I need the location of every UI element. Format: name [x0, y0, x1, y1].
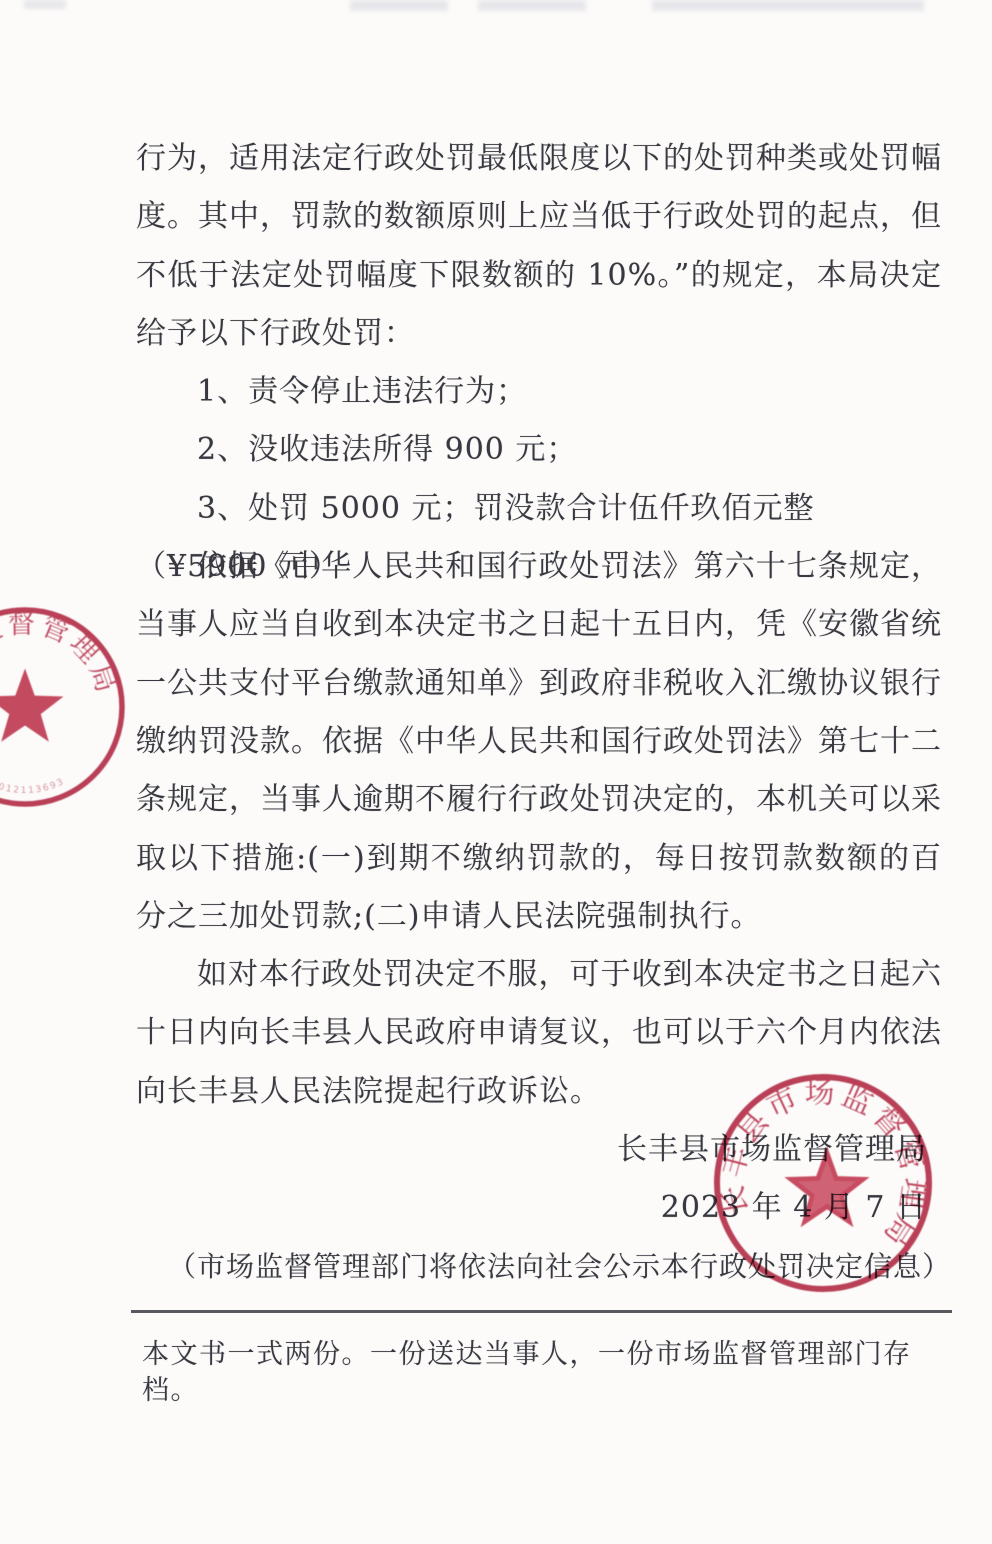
body-line: 分之三加处罚款;(二)申请人民法院强制执行。: [136, 888, 942, 946]
svg-text:340121136937: 340121136937: [0, 604, 67, 796]
body-line: 当事人应当自收到本决定书之日起十五日内，凭《安徽省统: [136, 596, 942, 654]
footer-divider-line: [131, 1310, 952, 1313]
body-line: 依据《中华人民共和国行政处罚法》第六十七条规定，: [136, 538, 942, 596]
body-line: 如对本行政处罚决定不服，可于收到本决定书之日起六: [136, 946, 942, 1004]
penalty-item-2: 2、没收违法所得 900 元；: [136, 421, 942, 479]
copies-note: 本文书一式两份。一份送达当事人，一份市场监督管理部门存档。: [142, 1337, 954, 1409]
penalty-item-3: 3、处罚 5000 元；罚没款合计伍仟玖佰元整（¥5900 元）: [136, 480, 942, 538]
seal-star: [0, 669, 63, 742]
document-body: 行为，适用法定行政处罚最低限度以下的处罚种类或处罚幅 度。其中，罚款的数额原则上…: [136, 130, 942, 1296]
scanned-document-page: 行为，适用法定行政处罚最低限度以下的处罚种类或处罚幅 度。其中，罚款的数额原则上…: [0, 0, 992, 1544]
body-line: 一公共支付平台缴款通知单》到政府非税收入汇缴协议银行: [136, 655, 942, 713]
body-line: 向长丰县人民法院提起行政诉讼。: [136, 1063, 942, 1121]
seal-ring: [0, 610, 122, 804]
body-line: 行为，适用法定行政处罚最低限度以下的处罚种类或处罚幅: [136, 130, 942, 188]
body-line: 条规定，当事人逾期不履行行政处罚决定的，本机关可以采: [136, 771, 942, 829]
scan-artifact: [652, 0, 924, 11]
svg-text:长丰县市场监督管理局: 长丰县市场监督管理局: [0, 604, 128, 804]
scan-artifact: [350, 0, 448, 11]
issuing-agency: 长丰县市场监督管理局: [136, 1121, 942, 1179]
seal-circular-text: 长丰县市场监督管理局: [0, 604, 128, 804]
body-line: 度。其中，罚款的数额原则上应当低于行政处罚的起点，但: [136, 188, 942, 246]
body-line: 取以下措施:(一)到期不缴纳罚款的，每日按罚款数额的百: [136, 830, 942, 888]
penalty-item-1: 1、责令停止违法行为；: [136, 363, 942, 421]
decision-date: 2023 年 4 月 7 日: [136, 1179, 942, 1237]
partial-official-seal-left: 长丰县市场监督管理局 340121136937: [0, 604, 128, 810]
scan-artifact: [478, 0, 586, 11]
scan-artifact: [24, 0, 66, 9]
public-disclosure-note: （市场监督管理部门将依法向社会公示本行政处罚决定信息）: [136, 1238, 942, 1296]
body-line: 缴纳罚没款。依据《中华人民共和国行政处罚法》第七十二: [136, 713, 942, 771]
body-line: 不低于法定处罚幅度下限数额的 10%。”的规定，本局决定: [136, 247, 942, 305]
body-line: 十日内向长丰县人民政府申请复议，也可以于六个月内依法: [136, 1004, 942, 1062]
body-line: 给予以下行政处罚：: [136, 305, 942, 363]
seal-serial-number: 340121136937: [0, 604, 67, 796]
